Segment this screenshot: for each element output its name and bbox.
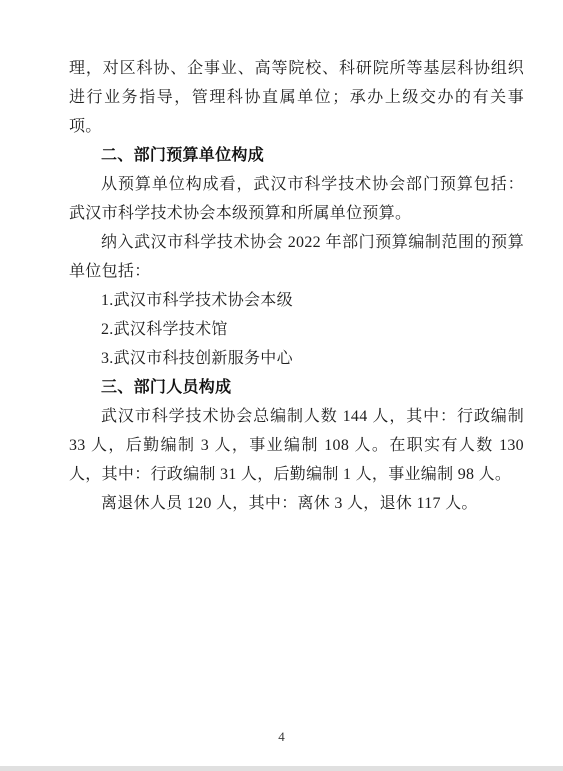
paragraph-continuation: 理，对区科协、企事业、高等院校、科研院所等基层科协组织进行业务指导，管理科协直属…: [69, 54, 524, 141]
page-number: 4: [0, 729, 563, 745]
list-item-unit-3: 3.武汉市科技创新服务中心: [69, 344, 524, 373]
paragraph-personnel-counts: 武汉市科学技术协会总编制人数 144 人，其中：行政编制 33 人，后勤编制 3…: [69, 402, 524, 489]
list-item-unit-2: 2.武汉科学技术馆: [69, 315, 524, 344]
paragraph-budget-overview: 从预算单位构成看，武汉市科学技术协会部门预算包括：武汉市科学技术协会本级预算和所…: [69, 170, 524, 228]
section-heading-personnel: 三、部门人员构成: [69, 373, 524, 402]
document-page: 理，对区科协、企事业、高等院校、科研院所等基层科协组织进行业务指导，管理科协直属…: [0, 0, 563, 771]
list-item-unit-1: 1.武汉市科学技术协会本级: [69, 286, 524, 315]
document-body: 理，对区科协、企事业、高等院校、科研院所等基层科协组织进行业务指导，管理科协直属…: [69, 54, 524, 518]
page-edge-divider: [0, 766, 563, 771]
section-heading-budget-units: 二、部门预算单位构成: [69, 141, 524, 170]
paragraph-retirees: 离退休人员 120 人，其中：离休 3 人，退休 117 人。: [69, 489, 524, 518]
paragraph-budget-scope: 纳入武汉市科学技术协会 2022 年部门预算编制范围的预算单位包括：: [69, 228, 524, 286]
